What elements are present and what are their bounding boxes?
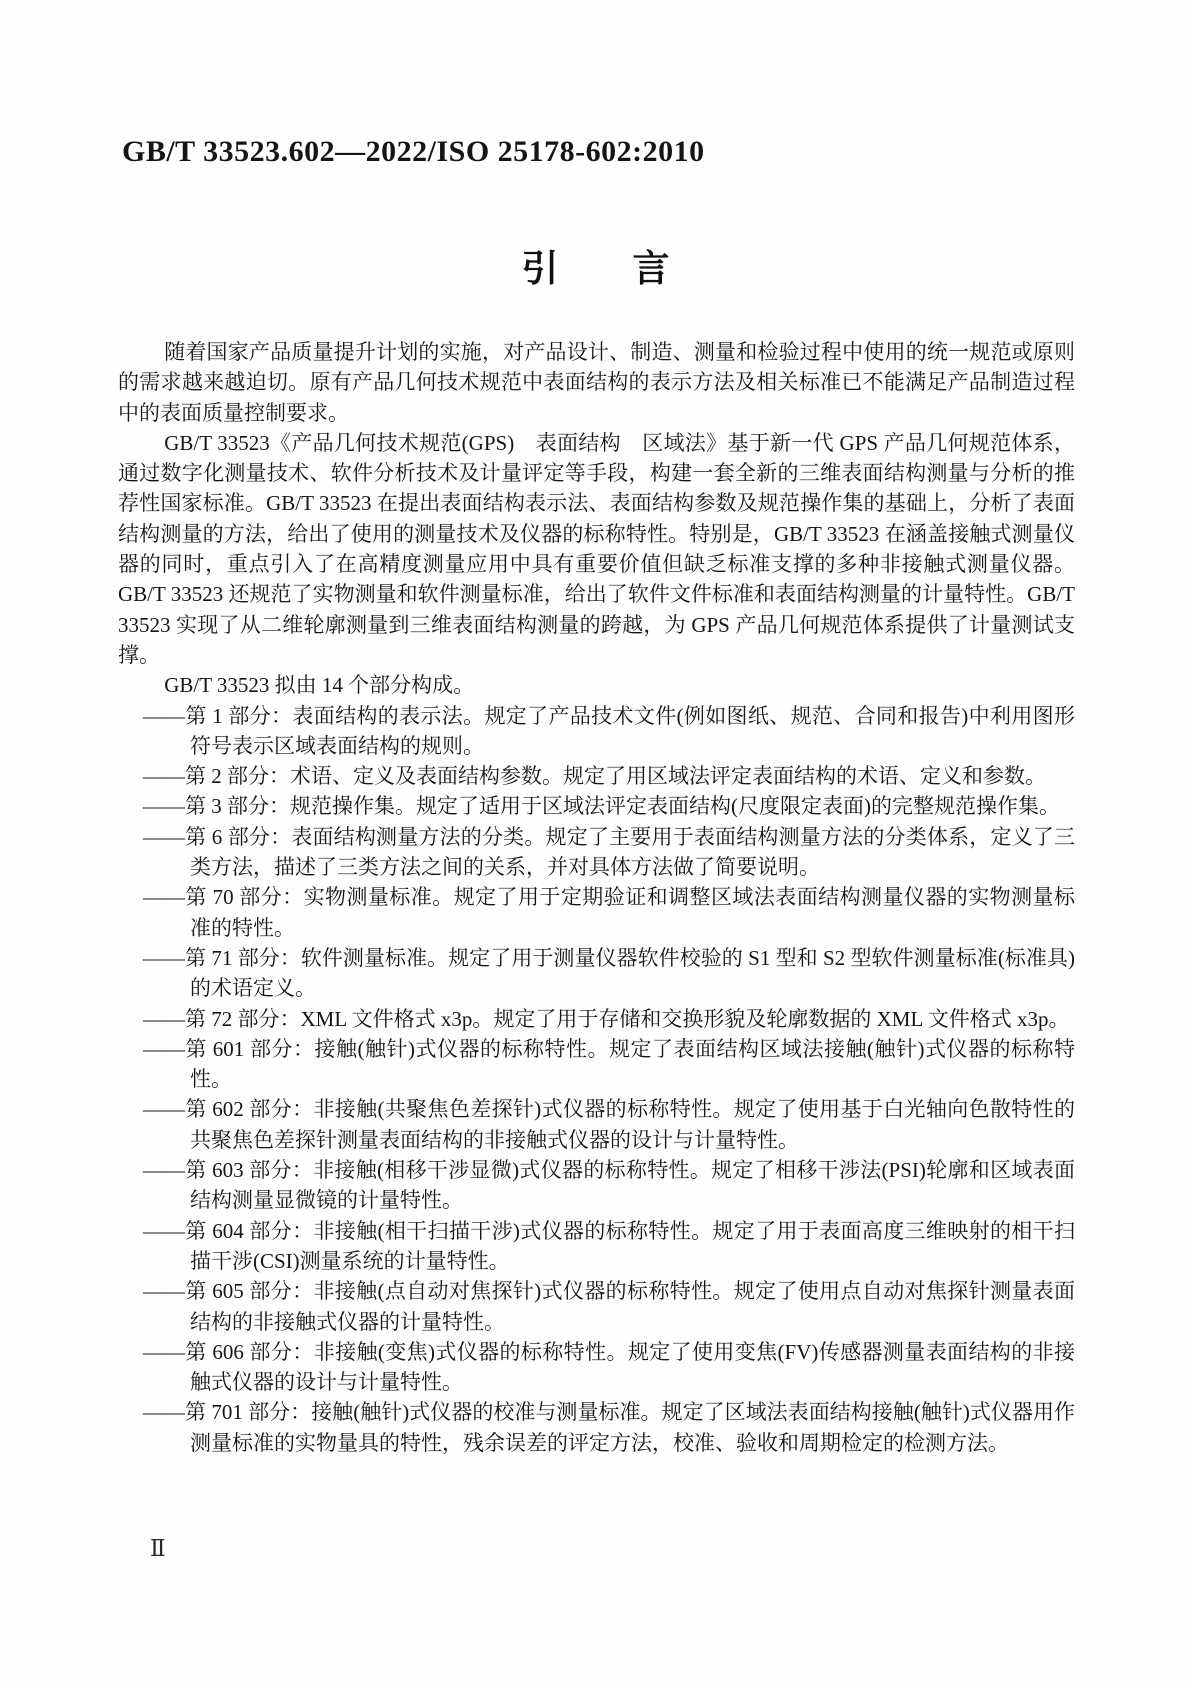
intro-paragraph: GB/T 33523 拟由 14 个部分构成。	[118, 670, 1075, 700]
item-text: 第 1 部分：表面结构的表示法。规定了产品技术文件(例如图纸、规范、合同和报告)…	[185, 704, 1075, 758]
intro-paragraph: GB/T 33523《产品几何技术规范(GPS) 表面结构 区域法》基于新一代 …	[118, 428, 1075, 670]
item-dash: ——	[143, 1219, 185, 1243]
item-text: 第 6 部分：表面结构测量方法的分类。规定了主要用于表面结构测量方法的分类体系，…	[185, 825, 1075, 879]
item-text: 第 603 部分：非接触(相移干涉显微)式仪器的标称特性。规定了相移干涉法(PS…	[185, 1158, 1075, 1212]
item-dash: ——	[143, 704, 185, 728]
page-title: 引 言	[0, 238, 1191, 292]
item-dash: ——	[143, 1097, 185, 1121]
page-number: Ⅱ	[150, 1536, 166, 1562]
parts-list-item: ——第 604 部分：非接触(相干扫描干涉)式仪器的标称特性。规定了用于表面高度…	[118, 1216, 1075, 1277]
item-dash: ——	[143, 764, 185, 788]
parts-list-item: ——第 71 部分：软件测量标准。规定了用于测量仪器软件校验的 S1 型和 S2…	[118, 943, 1075, 1004]
parts-list-item: ——第 2 部分：术语、定义及表面结构参数。规定了用区域法评定表面结构的术语、定…	[118, 761, 1075, 791]
parts-list-item: ——第 70 部分：实物测量标准。规定了用于定期验证和调整区域法表面结构测量仪器…	[118, 882, 1075, 943]
item-text: 第 72 部分：XML 文件格式 x3p。规定了用于存储和交换形貌及轮廓数据的 …	[185, 1007, 1070, 1031]
intro-section: 随着国家产品质量提升计划的实施，对产品设计、制造、测量和检验过程中使用的统一规范…	[118, 337, 1075, 1458]
item-dash: ——	[143, 1400, 185, 1424]
parts-list-item: ——第 603 部分：非接触(相移干涉显微)式仪器的标称特性。规定了相移干涉法(…	[118, 1155, 1075, 1216]
item-text: 第 605 部分：非接触(点自动对焦探针)式仪器的标称特性。规定了使用点自动对焦…	[185, 1279, 1075, 1333]
parts-list-item: ——第 6 部分：表面结构测量方法的分类。规定了主要用于表面结构测量方法的分类体…	[118, 822, 1075, 883]
item-text: 第 701 部分：接触(触针)式仪器的校准与测量标准。规定了区域法表面结构接触(…	[185, 1400, 1075, 1454]
intro-paragraph: 随着国家产品质量提升计划的实施，对产品设计、制造、测量和检验过程中使用的统一规范…	[118, 337, 1075, 428]
item-dash: ——	[143, 794, 185, 818]
item-dash: ——	[143, 1340, 185, 1364]
parts-list-item: ——第 1 部分：表面结构的表示法。规定了产品技术文件(例如图纸、规范、合同和报…	[118, 701, 1075, 762]
item-text: 第 604 部分：非接触(相干扫描干涉)式仪器的标称特性。规定了用于表面高度三维…	[185, 1219, 1075, 1273]
item-text: 第 71 部分：软件测量标准。规定了用于测量仪器软件校验的 S1 型和 S2 型…	[185, 946, 1075, 1000]
parts-list-item: ——第 606 部分：非接触(变焦)式仪器的标称特性。规定了使用变焦(FV)传感…	[118, 1337, 1075, 1398]
item-text: 第 2 部分：术语、定义及表面结构参数。规定了用区域法评定表面结构的术语、定义和…	[185, 764, 1046, 788]
item-dash: ——	[143, 1037, 185, 1061]
item-dash: ——	[143, 1007, 185, 1031]
standard-number-header: GB/T 33523.602—2022/ISO 25178-602:2010	[122, 135, 705, 169]
parts-list-item: ——第 701 部分：接触(触针)式仪器的校准与测量标准。规定了区域法表面结构接…	[118, 1397, 1075, 1458]
parts-list: ——第 1 部分：表面结构的表示法。规定了产品技术文件(例如图纸、规范、合同和报…	[118, 701, 1075, 1458]
item-text: 第 602 部分：非接触(共聚焦色差探针)式仪器的标称特性。规定了使用基于白光轴…	[185, 1097, 1075, 1151]
item-text: 第 601 部分：接触(触针)式仪器的标称特性。规定了表面结构区域法接触(触针)…	[185, 1037, 1075, 1091]
document-page: GB/T 33523.602—2022/ISO 25178-602:2010 引…	[0, 0, 1191, 1685]
item-dash: ——	[143, 825, 185, 849]
parts-list-item: ——第 601 部分：接触(触针)式仪器的标称特性。规定了表面结构区域法接触(触…	[118, 1034, 1075, 1095]
item-text: 第 70 部分：实物测量标准。规定了用于定期验证和调整区域法表面结构测量仪器的实…	[185, 885, 1075, 939]
item-dash: ——	[143, 946, 185, 970]
parts-list-item: ——第 3 部分：规范操作集。规定了适用于区域法评定表面结构(尺度限定表面)的完…	[118, 791, 1075, 821]
item-text: 第 3 部分：规范操作集。规定了适用于区域法评定表面结构(尺度限定表面)的完整规…	[185, 794, 1060, 818]
item-dash: ——	[143, 885, 185, 909]
parts-list-item: ——第 72 部分：XML 文件格式 x3p。规定了用于存储和交换形貌及轮廓数据…	[118, 1004, 1075, 1034]
item-dash: ——	[143, 1279, 185, 1303]
parts-list-item: ——第 605 部分：非接触(点自动对焦探针)式仪器的标称特性。规定了使用点自动…	[118, 1276, 1075, 1337]
item-dash: ——	[143, 1158, 185, 1182]
parts-list-item: ——第 602 部分：非接触(共聚焦色差探针)式仪器的标称特性。规定了使用基于白…	[118, 1094, 1075, 1155]
item-text: 第 606 部分：非接触(变焦)式仪器的标称特性。规定了使用变焦(FV)传感器测…	[185, 1340, 1075, 1394]
